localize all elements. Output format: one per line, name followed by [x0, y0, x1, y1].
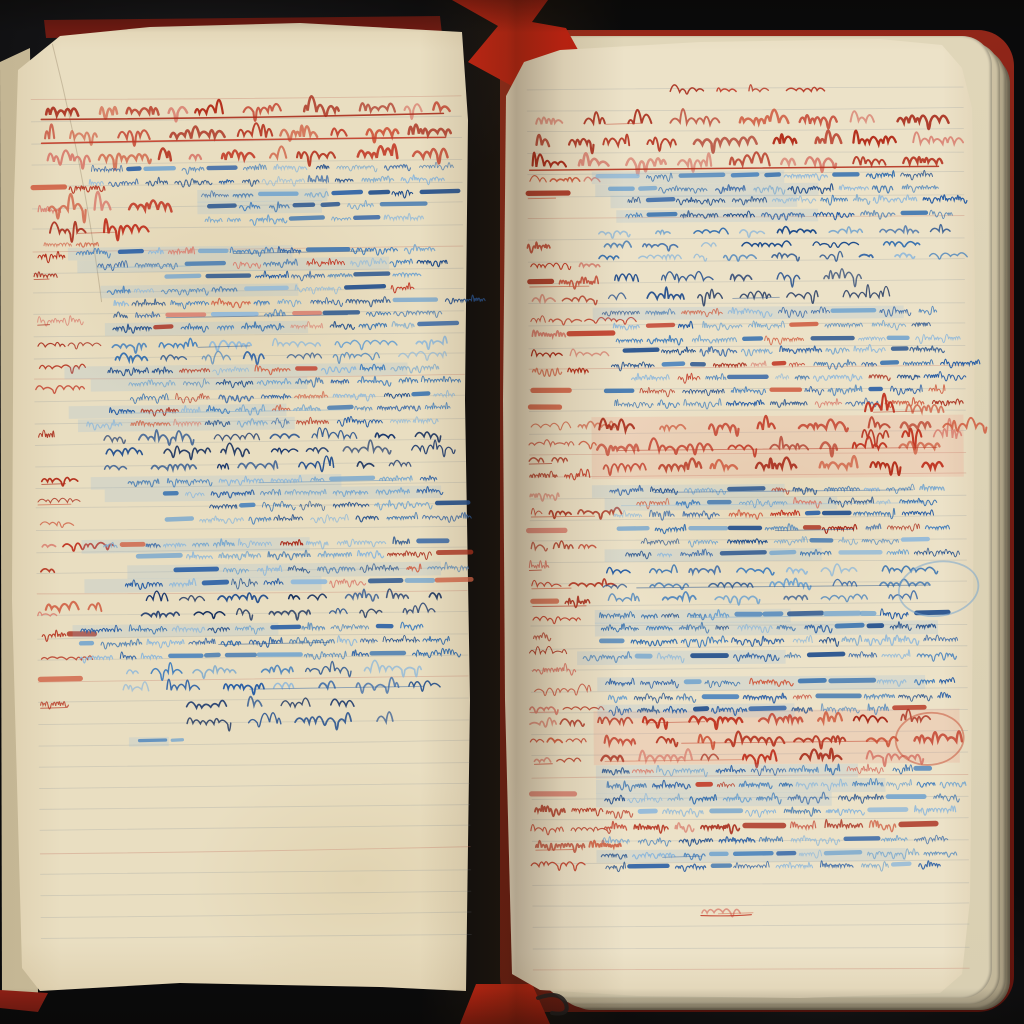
handwriting-layer: [0, 0, 1024, 1024]
notebook-photo: [0, 0, 1024, 1024]
